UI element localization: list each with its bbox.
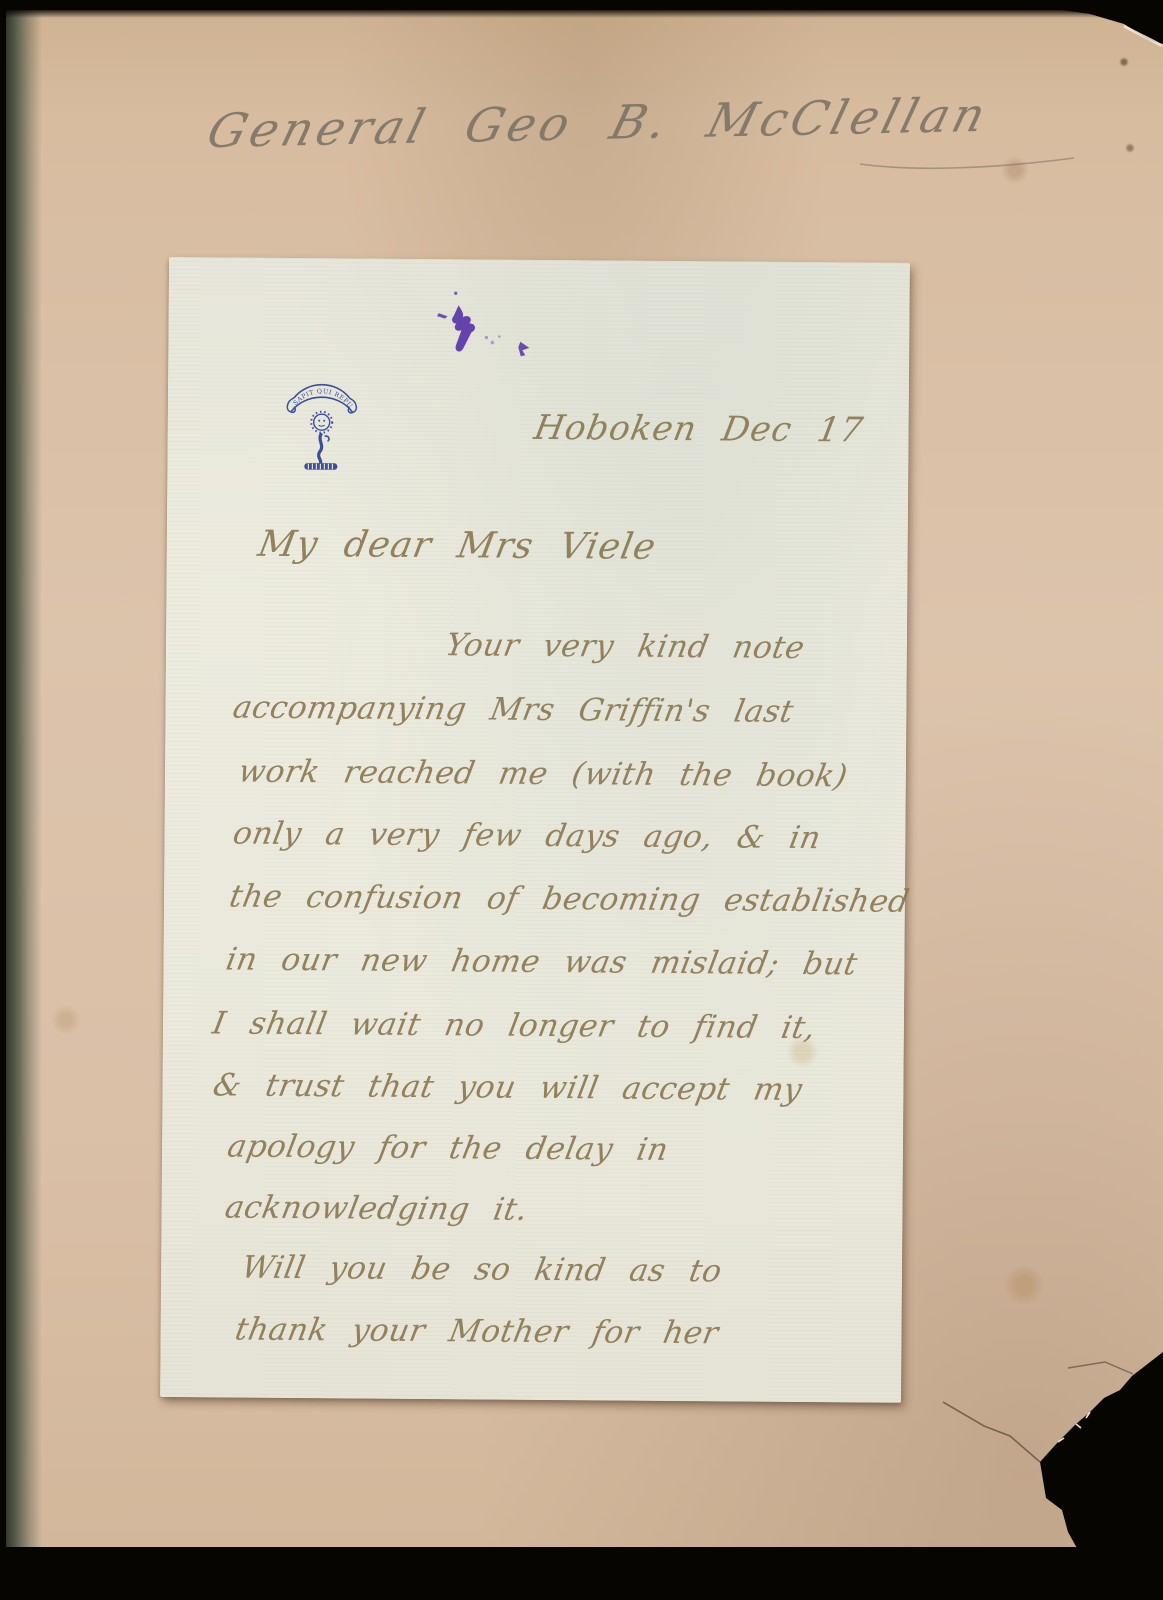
letter-body-line: in our new home was mislaid; but [223,941,860,982]
letter-body-line: Will you be so kind as to [239,1250,725,1290]
letter-body-line: I shall wait no longer to find it, [210,1005,819,1046]
pencil-flourish-stroke [858,142,1078,176]
page-top-edge-shadow [6,10,1163,18]
letter-body-line: thank your Mother for her [232,1312,721,1352]
letter-body-line: apology for the delay in [225,1129,672,1168]
letter-body-line: & trust that you will accept my [210,1067,805,1108]
letter-place-date: Hoboken Dec 17 [531,408,867,451]
letter-sheet: SAPIT QUI REPUTAT [160,257,910,1403]
svg-text:SAPIT QUI REPUTAT: SAPIT QUI REPUTAT [283,364,354,410]
heraldic-crest-icon: SAPIT QUI REPUTAT [283,364,360,477]
crest-motto: SAPIT QUI REPUTAT [283,364,354,410]
letter-body-line: work reached me (with the book) [236,754,851,795]
ink-smudge-icon [424,287,575,380]
album-page: General Geo B. McClellan SAPIT QUI REPUT… [6,10,1163,1547]
letter-body-line: accompanying Mrs Griffin's last [230,690,796,730]
top-edge-tear [1020,0,1163,50]
letter-body-line: only a very few days ago, & in [230,816,824,857]
letter-salutation: My dear Mrs Viele [255,524,660,568]
letter-body-line: acknowledging it. [222,1189,531,1227]
letter-body-line: the confusion of becoming established [227,879,913,920]
torn-corner [900,1340,1163,1550]
letter-body-line: Your very kind note [443,627,808,666]
page-left-edge-shadow [6,10,42,1547]
